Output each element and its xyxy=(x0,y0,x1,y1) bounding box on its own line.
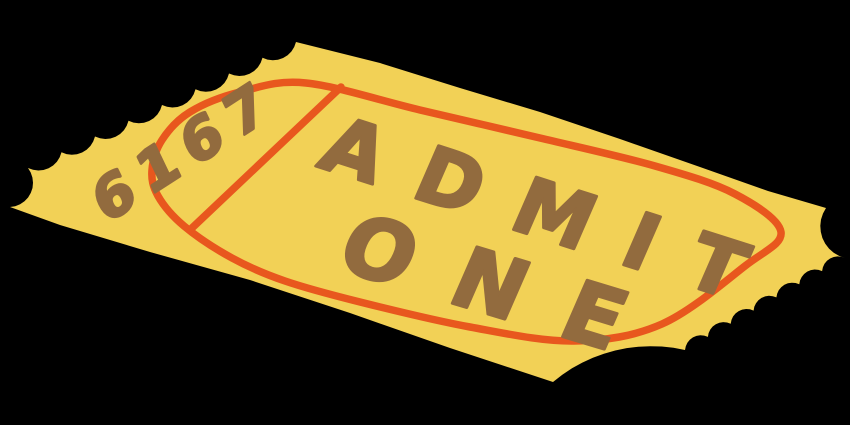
ticket-illustration: 6167 ADMIT ONE xyxy=(0,0,850,425)
ticket-image: 6167 ADMIT ONE xyxy=(0,0,850,425)
